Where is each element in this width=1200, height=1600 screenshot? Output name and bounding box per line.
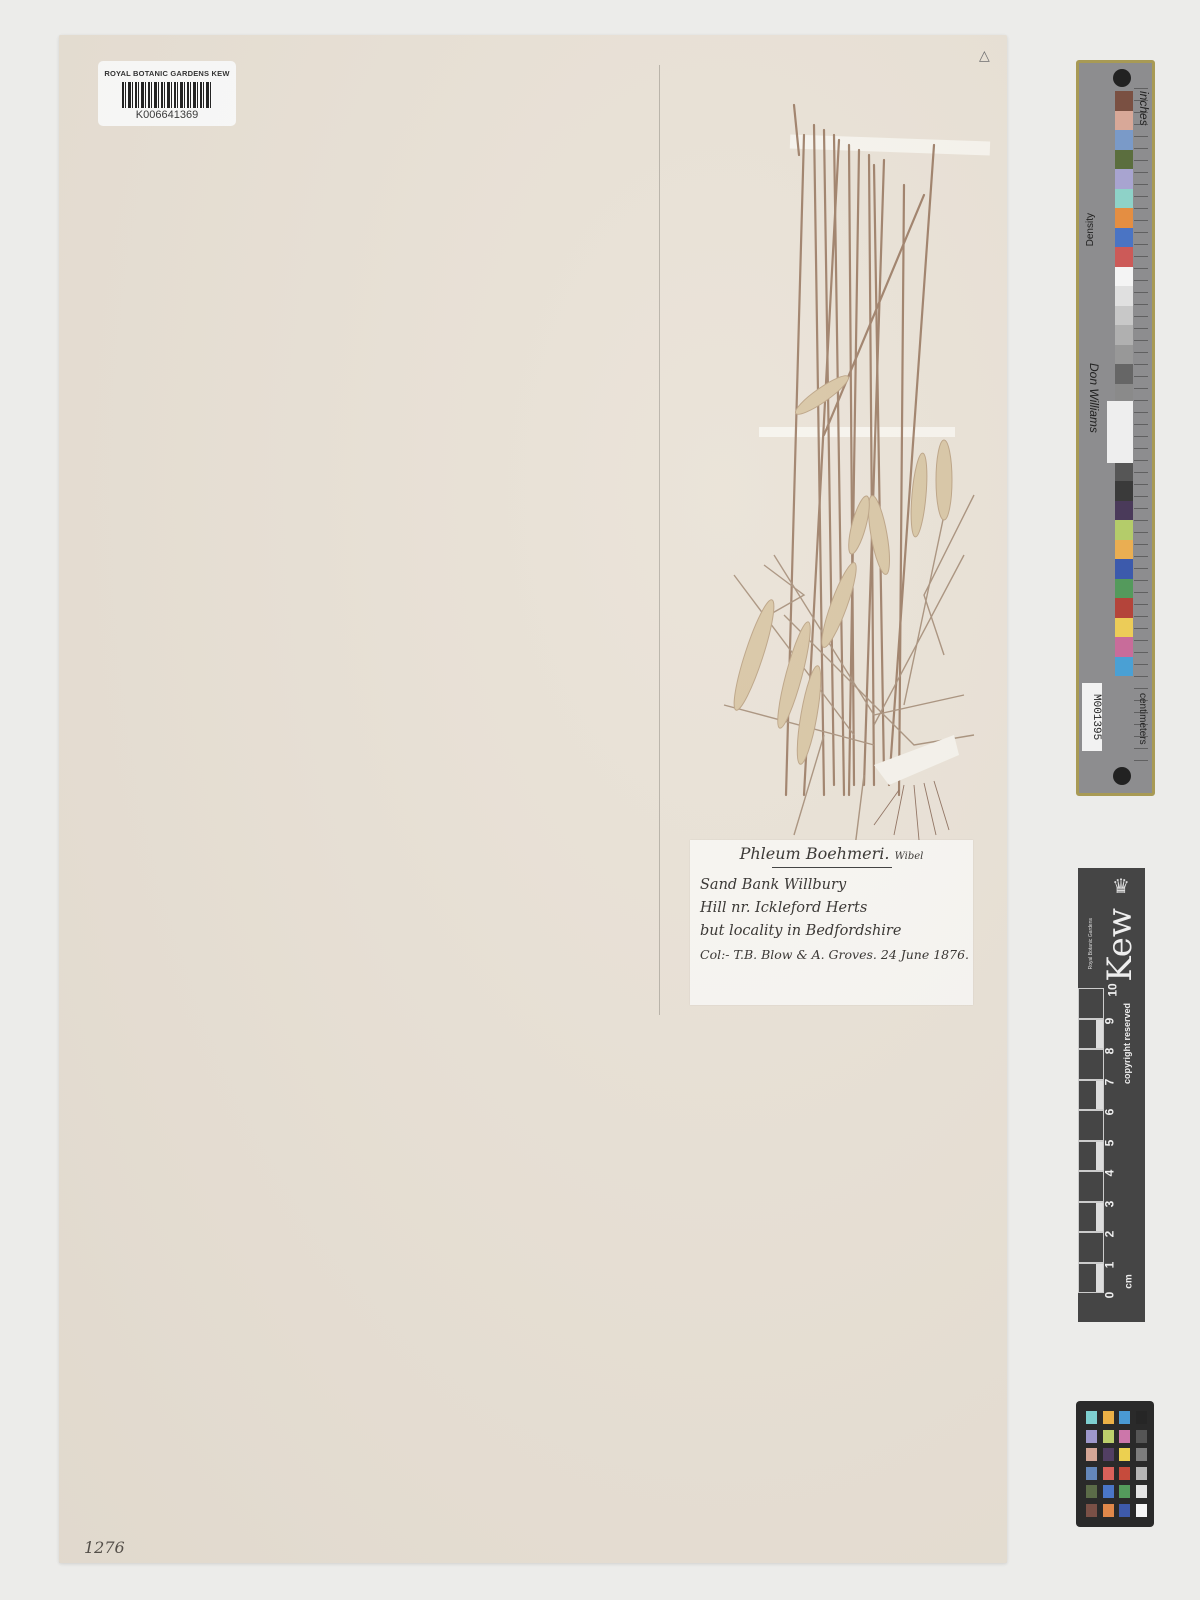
color-patch <box>1103 1430 1114 1443</box>
color-patch <box>1086 1485 1097 1498</box>
color-patch <box>1136 1485 1147 1498</box>
scale-segment <box>1078 1049 1104 1080</box>
ruler-id: M001395 <box>1082 683 1102 751</box>
pencil-fold-line <box>659 65 660 1015</box>
corner-ink-mark-icon: △ <box>979 47 990 64</box>
color-swatch <box>1115 618 1133 638</box>
resolution-target <box>1107 401 1133 463</box>
color-patch <box>1119 1485 1130 1498</box>
color-density-ruler: inches Density Don Williams centimeters … <box>1076 60 1155 796</box>
scale-tick-label: 4 <box>1102 1170 1116 1177</box>
scale-tick-label: 10 <box>1106 983 1120 996</box>
color-patch <box>1086 1411 1097 1424</box>
color-patch <box>1103 1467 1114 1480</box>
color-patch <box>1119 1504 1130 1517</box>
color-patch <box>1103 1411 1114 1424</box>
color-swatch <box>1115 598 1133 618</box>
color-patch <box>1136 1448 1147 1461</box>
color-swatch <box>1115 345 1133 365</box>
royal-crest-icon: ♛ <box>1108 874 1134 898</box>
scale-tick-label: 1 <box>1102 1261 1116 1268</box>
color-swatch <box>1115 481 1133 501</box>
label-line: but locality in Bedfordshire <box>690 920 973 943</box>
scale-tick-label: 3 <box>1102 1200 1116 1207</box>
color-patch <box>1119 1467 1130 1480</box>
scale-tick-label: 7 <box>1102 1078 1116 1085</box>
plant-specimen-icon <box>674 95 1004 855</box>
scale-segment <box>1078 1110 1104 1141</box>
color-patch <box>1136 1504 1147 1517</box>
density-label: Density <box>1085 213 1096 246</box>
label-line: Hill nr. Ickleford Herts <box>690 897 973 920</box>
institution-name: ROYAL BOTANIC GARDENS KEW <box>98 69 236 78</box>
scale-segment <box>1078 1080 1104 1111</box>
unit-label: cm <box>1124 1274 1135 1288</box>
color-swatch <box>1115 462 1133 482</box>
color-patch <box>1119 1411 1130 1424</box>
taxon-name: Phleum Boehmeri. Wibel <box>690 844 973 863</box>
scale-segment <box>1078 1019 1104 1050</box>
color-patch <box>1086 1430 1097 1443</box>
scale-segment <box>1078 988 1104 1019</box>
color-swatch <box>1115 325 1133 345</box>
scale-tick-label: 6 <box>1102 1109 1116 1116</box>
color-swatch <box>1115 559 1133 579</box>
color-swatch <box>1115 228 1133 248</box>
color-swatch <box>1115 364 1133 384</box>
color-swatch <box>1115 91 1133 111</box>
color-swatch <box>1115 130 1133 150</box>
cm-scale <box>1078 988 1104 1298</box>
scale-segment <box>1078 1232 1104 1263</box>
barcode-label: ROYAL BOTANIC GARDENS KEW K006641369 <box>98 61 236 126</box>
label-line: Sand Bank Willbury <box>690 874 973 897</box>
label-line: Col:- T.B. Blow & A. Groves. 24 June 187… <box>690 943 973 966</box>
color-patch <box>1086 1448 1097 1461</box>
color-swatch <box>1115 637 1133 657</box>
color-patch <box>1086 1504 1097 1517</box>
ruler-swatches <box>1115 91 1133 676</box>
color-patch <box>1119 1448 1130 1461</box>
color-patch <box>1103 1504 1114 1517</box>
color-patch <box>1103 1448 1114 1461</box>
hole-icon <box>1113 767 1131 785</box>
hole-icon <box>1113 69 1131 87</box>
color-swatch <box>1115 579 1133 599</box>
scale-segment <box>1078 1263 1104 1294</box>
color-swatch <box>1115 111 1133 131</box>
copyright-text: copyright reserved <box>1122 1003 1132 1084</box>
color-swatch <box>1115 306 1133 326</box>
barcode-icon <box>122 82 212 108</box>
color-patch <box>1103 1485 1114 1498</box>
scale-tick-label: 8 <box>1102 1048 1116 1055</box>
color-swatch <box>1115 150 1133 170</box>
color-swatch <box>1115 286 1133 306</box>
color-swatch <box>1115 208 1133 228</box>
color-swatch <box>1115 520 1133 540</box>
determination-label: Phleum Boehmeri. Wibel Sand Bank Willbur… <box>690 840 973 1005</box>
herbarium-sheet: △ ROYAL BOTANIC GARDENS KEW K006641369 <box>59 35 1007 1563</box>
scale-segment <box>1078 1171 1104 1202</box>
color-patch <box>1136 1467 1147 1480</box>
scale-segment <box>1078 1141 1104 1172</box>
kew-subtitle: Royal Botanic Gardens <box>1088 918 1094 969</box>
scale-tick-label: 0 <box>1102 1292 1116 1299</box>
color-swatch <box>1115 169 1133 189</box>
kew-logo: Kew <box>1100 908 1140 982</box>
barcode-number: K006641369 <box>98 109 236 121</box>
color-swatch <box>1115 267 1133 287</box>
label-divider <box>772 867 892 868</box>
cm-tick-labels: 012345678910 <box>1104 988 1122 1298</box>
color-patch <box>1119 1430 1130 1443</box>
scale-segment <box>1078 1202 1104 1233</box>
color-swatch <box>1115 657 1133 677</box>
color-checker-card <box>1076 1401 1154 1527</box>
color-swatch <box>1115 189 1133 209</box>
color-swatch <box>1115 247 1133 267</box>
sheet-number: 1276 <box>84 1538 125 1557</box>
ruler-ticks <box>1134 88 1148 768</box>
color-patch <box>1136 1430 1147 1443</box>
brand-label: Don Williams <box>1087 363 1101 433</box>
kew-scale-bar: ♛ Royal Botanic Gardens Kew copyright re… <box>1078 868 1145 1322</box>
color-swatch <box>1115 501 1133 521</box>
color-patch <box>1136 1411 1147 1424</box>
tape-wrap <box>874 735 959 785</box>
scale-tick-label: 5 <box>1102 1139 1116 1146</box>
color-patch <box>1086 1467 1097 1480</box>
scale-tick-label: 2 <box>1102 1231 1116 1238</box>
color-swatch <box>1115 540 1133 560</box>
scale-tick-label: 9 <box>1102 1017 1116 1024</box>
color-checker-grid <box>1086 1411 1147 1517</box>
